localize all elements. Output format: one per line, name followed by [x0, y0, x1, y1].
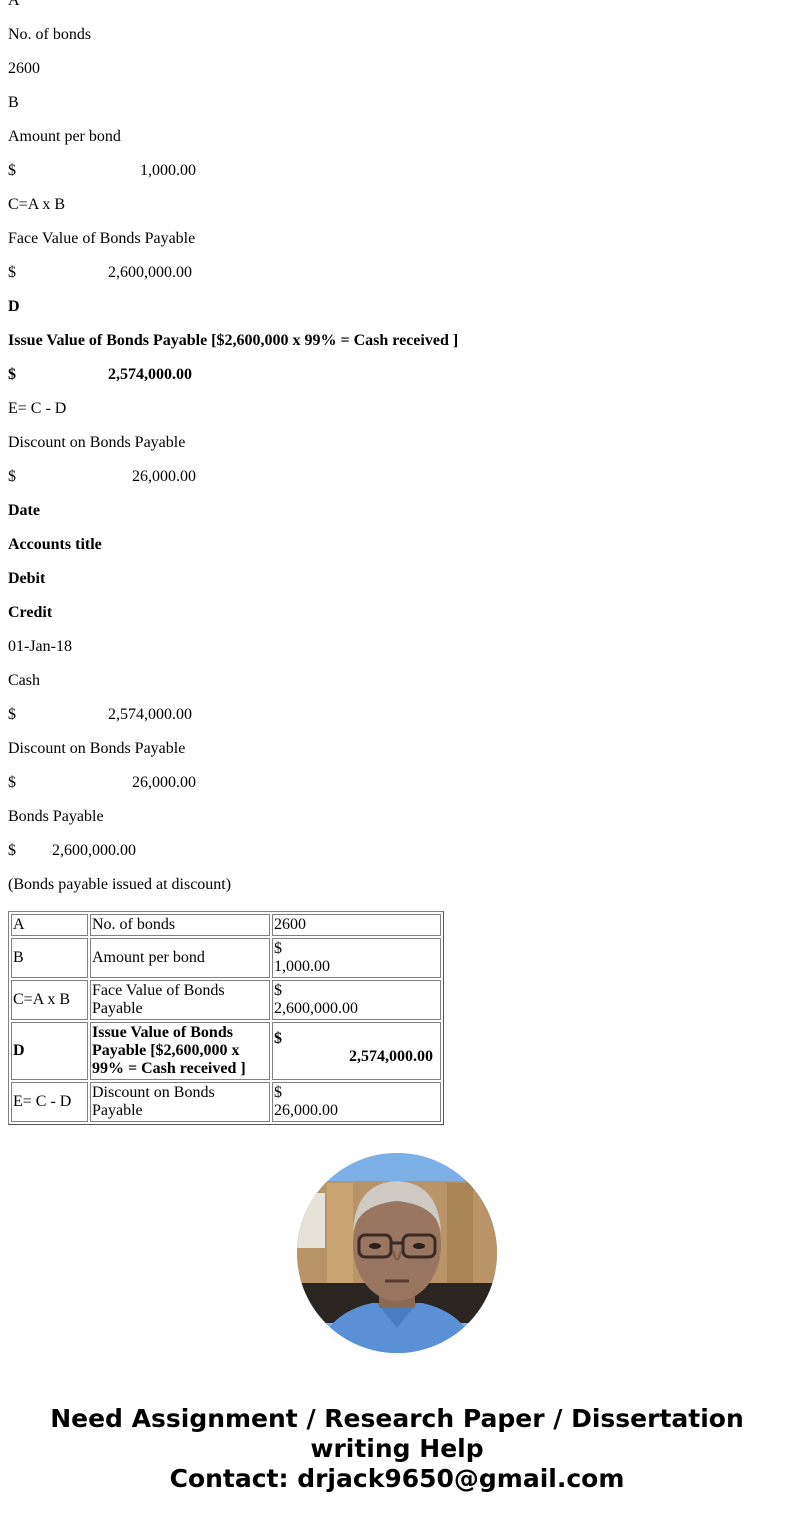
currency-symbol: $: [8, 842, 52, 860]
label-e: E= C - D: [8, 392, 786, 426]
row-value: $26,000.00: [272, 1082, 441, 1122]
currency-symbol: $: [8, 468, 132, 486]
value-c: $2,600,000.00: [8, 256, 786, 290]
row-value: $2,574,000.00: [272, 1022, 441, 1080]
journal-debit-cash: $2,574,000.00: [8, 698, 786, 732]
row-label: A: [11, 914, 88, 936]
journal-account-bonds-payable: Bonds Payable: [8, 800, 786, 834]
amount: 2,600,000.00: [274, 1000, 358, 1017]
desc-c: Face Value of Bonds Payable: [8, 222, 786, 256]
table-row: BAmount per bond$1,000.00: [11, 938, 441, 978]
promo-banner: Need Assignment / Research Paper / Disse…: [0, 1404, 794, 1494]
journal-debit-discount: $26,000.00: [8, 766, 786, 800]
journal-date: 01-Jan-18: [8, 630, 786, 664]
currency-symbol: $: [274, 1084, 439, 1102]
journal-credit-bonds-payable: $2,600,000.00: [8, 834, 786, 868]
currency-symbol: $: [274, 940, 439, 958]
currency-symbol: $: [8, 264, 108, 282]
currency-symbol: $: [8, 774, 132, 792]
bond-calculation-table: ANo. of bonds2600BAmount per bond$1,000.…: [8, 911, 444, 1125]
value-a: 2600: [8, 52, 786, 86]
label-b: B: [8, 86, 786, 120]
amount: 1,000.00: [274, 958, 330, 975]
value-d: $2,574,000.00: [8, 358, 786, 392]
amount: 2,574,000.00: [108, 706, 192, 724]
row-description: Face Value of Bonds Payable: [90, 980, 270, 1020]
promo-line-1: Need Assignment / Research Paper / Disse…: [0, 1404, 794, 1434]
journal-header-credit: Credit: [8, 596, 786, 630]
journal-narration: (Bonds payable issued at discount): [8, 868, 786, 902]
document-body: A No. of bonds 2600 B Amount per bond $1…: [8, 0, 786, 902]
promo-line-2: writing Help: [0, 1434, 794, 1464]
currency-symbol: $: [8, 162, 140, 180]
value-e: $26,000.00: [8, 460, 786, 494]
desc-a: No. of bonds: [8, 18, 786, 52]
label-d: D: [8, 290, 786, 324]
journal-account-cash: Cash: [8, 664, 786, 698]
amount: 26,000.00: [132, 468, 196, 486]
table-row: ANo. of bonds2600: [11, 914, 441, 936]
amount: 1,000.00: [140, 162, 196, 180]
label-c: C=A x B: [8, 188, 786, 222]
person-photo-icon: [297, 1153, 497, 1353]
desc-b: Amount per bond: [8, 120, 786, 154]
currency-symbol: $: [8, 706, 108, 724]
amount: 2,600,000.00: [108, 264, 192, 282]
amount: 2,600,000.00: [52, 842, 136, 860]
table-row: E= C - DDiscount on Bonds Payable$26,000…: [11, 1082, 441, 1122]
amount: 26,000.00: [274, 1102, 338, 1119]
value-b: $1,000.00: [8, 154, 786, 188]
row-value: 2600: [272, 914, 441, 936]
currency-symbol: $: [274, 1030, 439, 1048]
row-value: $1,000.00: [272, 938, 441, 978]
journal-header-debit: Debit: [8, 562, 786, 596]
desc-d: Issue Value of Bonds Payable [$2,600,000…: [8, 324, 786, 358]
row-value: $2,600,000.00: [272, 980, 441, 1020]
row-description: Issue Value of Bonds Payable [$2,600,000…: [90, 1022, 270, 1080]
amount: 2,574,000.00: [108, 366, 192, 384]
row-label: E= C - D: [11, 1082, 88, 1122]
desc-e: Discount on Bonds Payable: [8, 426, 786, 460]
journal-header-date: Date: [8, 494, 786, 528]
amount: 2,574,000.00: [274, 1048, 439, 1066]
currency-symbol: $: [274, 982, 439, 1000]
table-row: C=A x BFace Value of Bonds Payable$2,600…: [11, 980, 441, 1020]
row-label: C=A x B: [11, 980, 88, 1020]
amount: 26,000.00: [132, 774, 196, 792]
row-description: Amount per bond: [90, 938, 270, 978]
row-label: B: [11, 938, 88, 978]
table-row: DIssue Value of Bonds Payable [$2,600,00…: [11, 1022, 441, 1080]
author-avatar: [297, 1153, 497, 1353]
promo-contact: Contact: drjack9650@gmail.com: [0, 1464, 794, 1494]
row-label: D: [11, 1022, 88, 1080]
row-description: Discount on Bonds Payable: [90, 1082, 270, 1122]
journal-account-discount: Discount on Bonds Payable: [8, 732, 786, 766]
label-a: A: [8, 0, 786, 18]
row-description: No. of bonds: [90, 914, 270, 936]
journal-header-accounts-title: Accounts title: [8, 528, 786, 562]
currency-symbol: $: [8, 366, 108, 384]
